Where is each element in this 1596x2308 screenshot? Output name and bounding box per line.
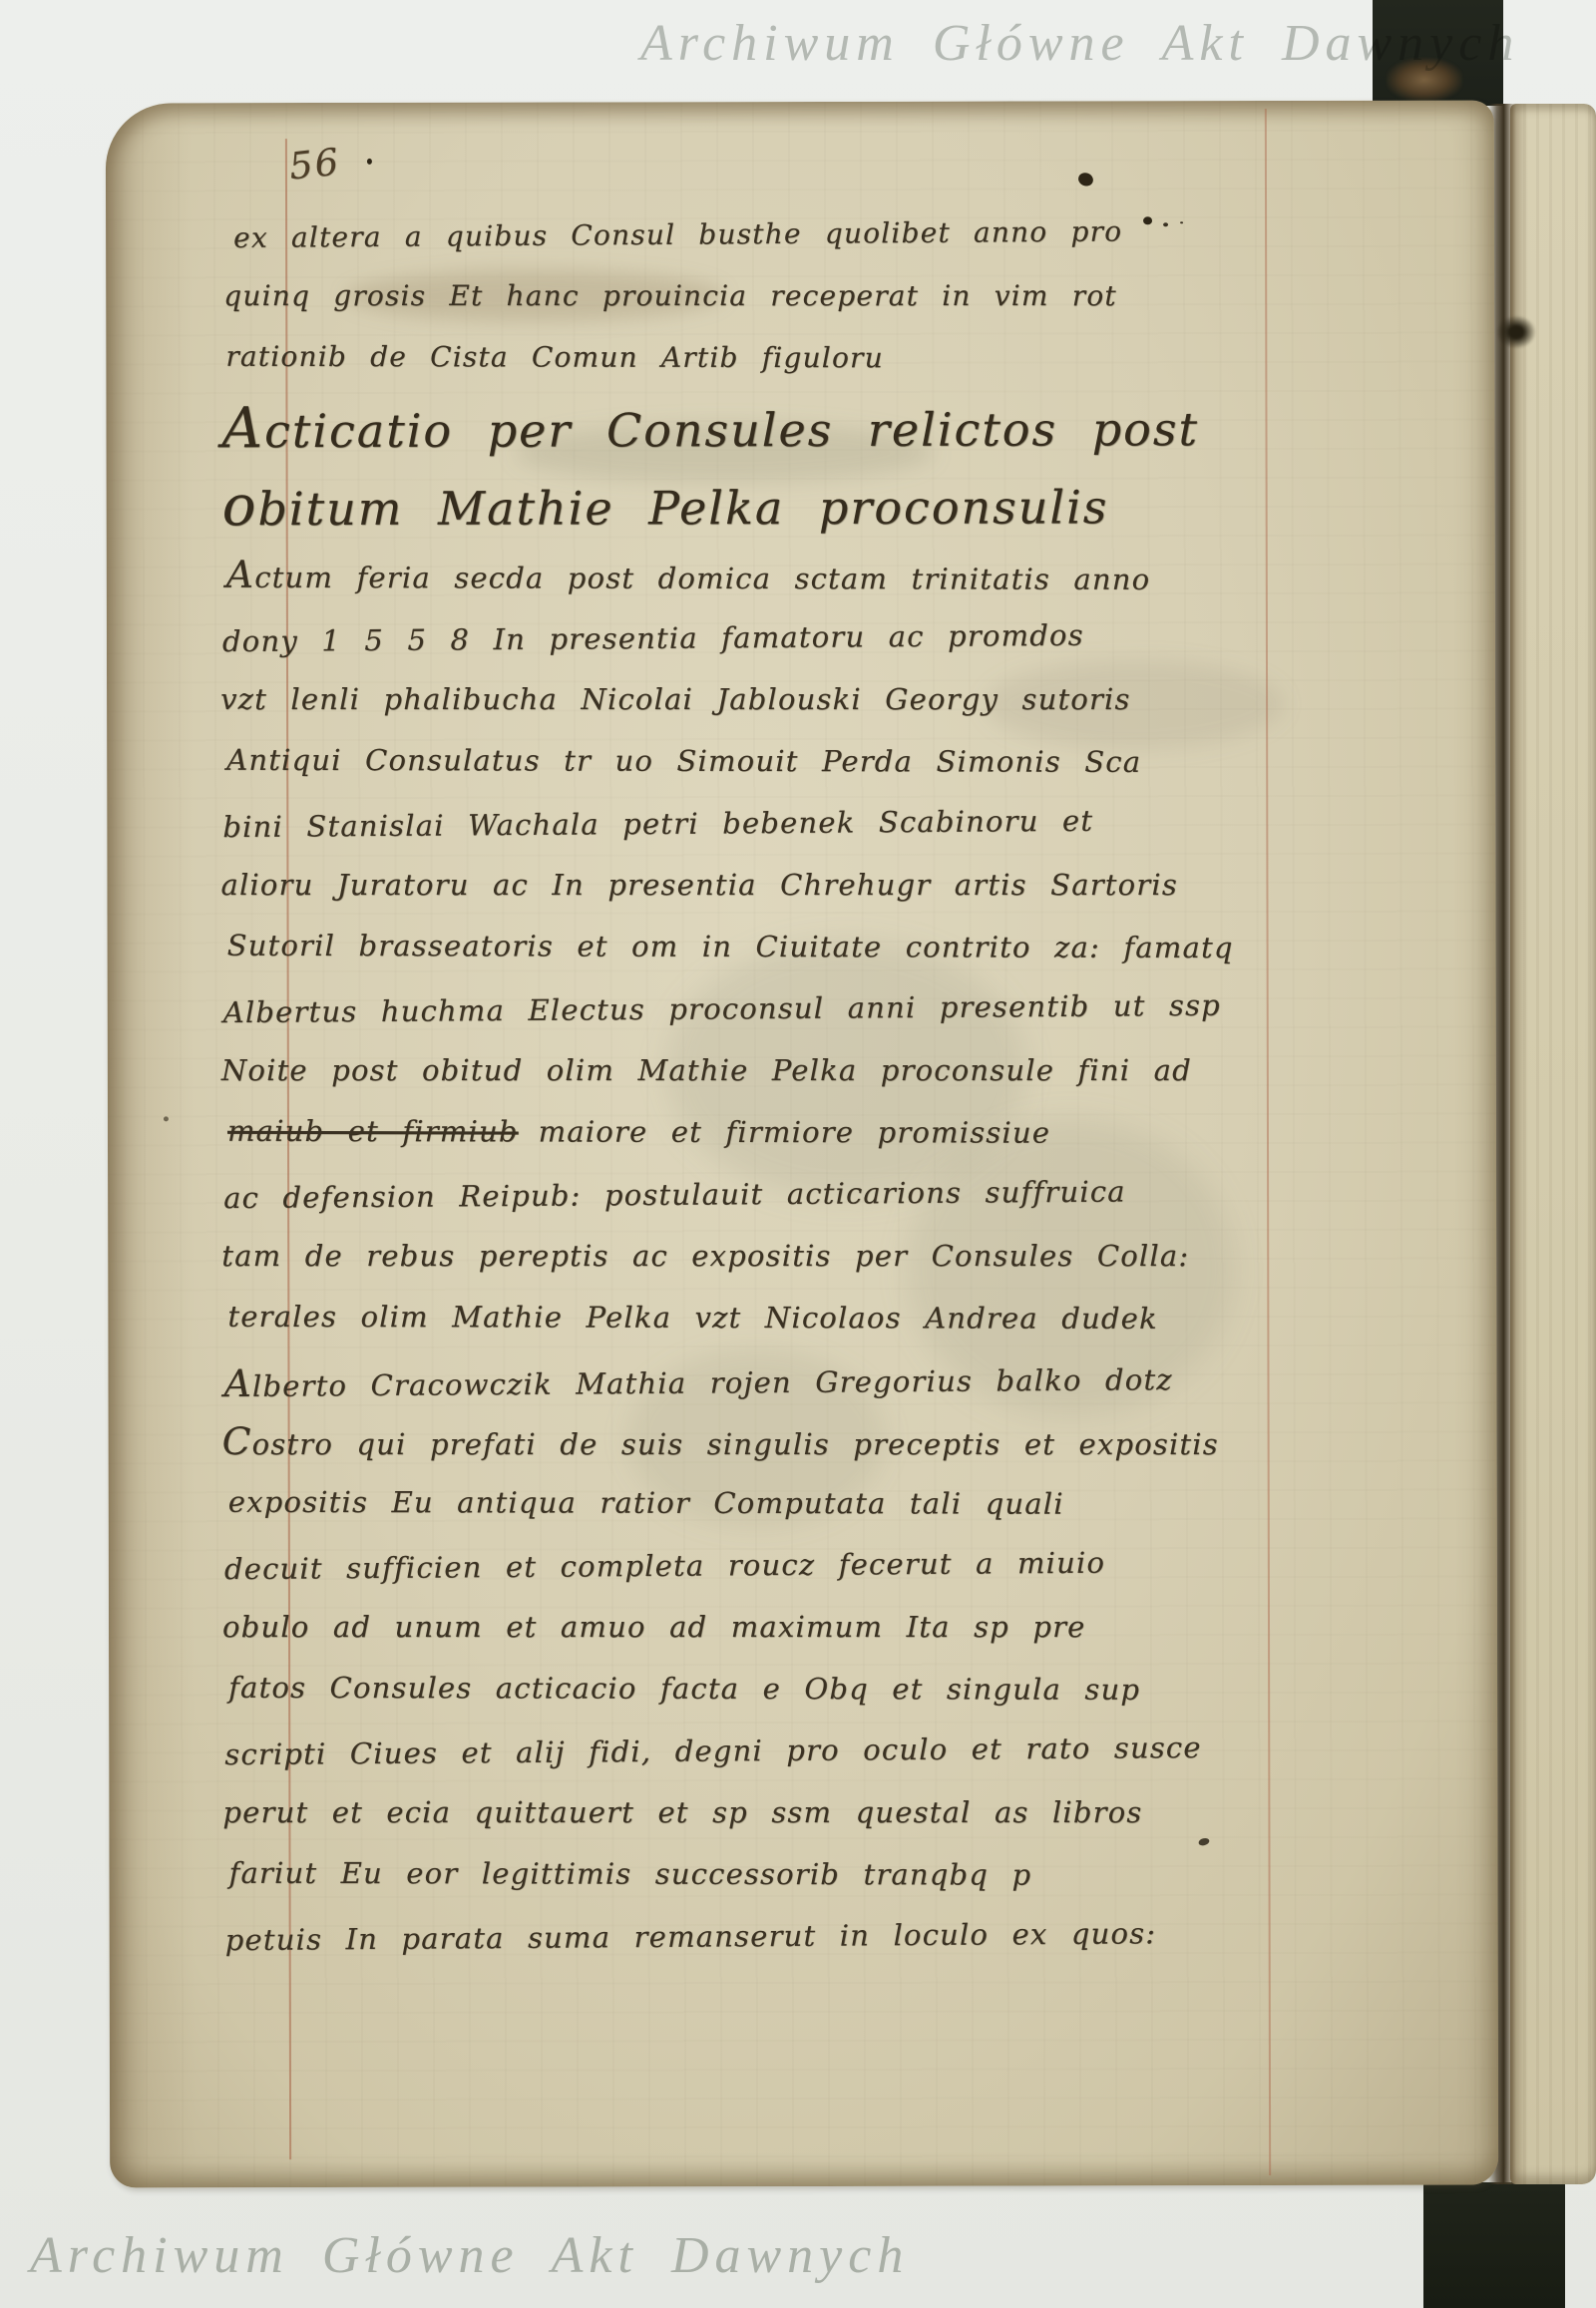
text-line: vzt lenli phalibucha Nicolai Jablouski G… bbox=[220, 668, 1328, 730]
text-line: Antiqui Consulatus tr uo Simouit Perda S… bbox=[226, 729, 1334, 794]
text-line: terales olim Mathie Pelka vzt Nicolaos A… bbox=[227, 1286, 1335, 1350]
manuscript-page: 56 ex altera a quibus Consul busthe quol… bbox=[106, 101, 1498, 2188]
text-line: perut et ecia quittauert et sp ssm quest… bbox=[222, 1781, 1330, 1843]
ink-stain-gutter bbox=[1496, 315, 1536, 349]
heading-line: Acticatio per Consules relictos post bbox=[221, 388, 1329, 468]
text-line: Albertus huchma Electus proconsul anni p… bbox=[223, 973, 1331, 1043]
text-line: Costro qui prefati de suis singulis prec… bbox=[222, 1410, 1330, 1472]
text-line: fariut Eu eor legittimis successorib tra… bbox=[228, 1842, 1336, 1907]
archive-watermark-top: Archiwum Główne Akt Dawnych bbox=[640, 14, 1519, 73]
text-line: ac defension Reipub: postulauit acticari… bbox=[223, 1159, 1331, 1229]
ink-speck bbox=[1076, 171, 1095, 188]
text-line: Sutoril brasseatoris et om in Ciuitate c… bbox=[227, 915, 1335, 979]
text-line: Alberto Cracowczik Mathia rojen Gregoriu… bbox=[223, 1345, 1331, 1414]
text-line: fatos Consules acticacio facta e Obq et … bbox=[228, 1657, 1336, 1722]
text-line: quinq grosis Et hanc prouincia receperat… bbox=[219, 265, 1327, 327]
text-line: tam de rebus pereptis ac expositis per C… bbox=[221, 1225, 1329, 1287]
text-line: obulo ad unum et amuo ad maximum Ita sp … bbox=[222, 1596, 1330, 1658]
ink-speck bbox=[367, 159, 372, 165]
text-line: scripti Ciues et alij fidi, degni pro oc… bbox=[224, 1716, 1332, 1785]
text-after-strike: maiore et firmiore promissiue bbox=[539, 1115, 1051, 1150]
text-line-with-strike: maiub et firmiubmaiore et firmiore promi… bbox=[227, 1100, 1335, 1165]
ink-speck bbox=[164, 1116, 169, 1121]
text-line: rationib de Cista Comun Artib figuloru bbox=[225, 326, 1333, 391]
text-line: Noite post obitud olim Mathie Pelka proc… bbox=[221, 1039, 1329, 1101]
struck-phrase: maiub et firmiub bbox=[227, 1114, 519, 1149]
text-line: petuis In parata suma remanserut in locu… bbox=[224, 1901, 1332, 1971]
text-line: dony 1 5 5 8 In presentia famatoru ac pr… bbox=[222, 602, 1330, 672]
heading-line: obitum Mathie Pelka proconsulis bbox=[222, 466, 1330, 546]
black-backdrop-bar-bottom bbox=[1423, 2182, 1565, 2308]
scan-canvas: 56 ex altera a quibus Consul busthe quol… bbox=[0, 0, 1596, 2308]
text-line: decuit sufficien et completa roucz fecer… bbox=[224, 1530, 1332, 1600]
text-line: alioru Juratoru ac In presentia Chrehugr… bbox=[220, 854, 1328, 916]
text-line: ex altera a quibus Consul busthe quolibe… bbox=[221, 199, 1329, 269]
page-edge-curl bbox=[106, 103, 196, 2187]
text-line: bini Stanislai Wachala petri bebenek Sca… bbox=[222, 788, 1330, 858]
facing-page-edge bbox=[1510, 104, 1596, 2184]
text-line: expositis Eu antiqua ratior Computata ta… bbox=[228, 1471, 1336, 1536]
page-number: 56 bbox=[287, 140, 342, 188]
text-line: Actum feria secda post domica sctam trin… bbox=[226, 544, 1334, 608]
archive-watermark-bottom: Archiwum Główne Akt Dawnych bbox=[30, 2226, 909, 2285]
handwritten-text-block: ex altera a quibus Consul busthe quolibe… bbox=[221, 202, 1333, 1968]
